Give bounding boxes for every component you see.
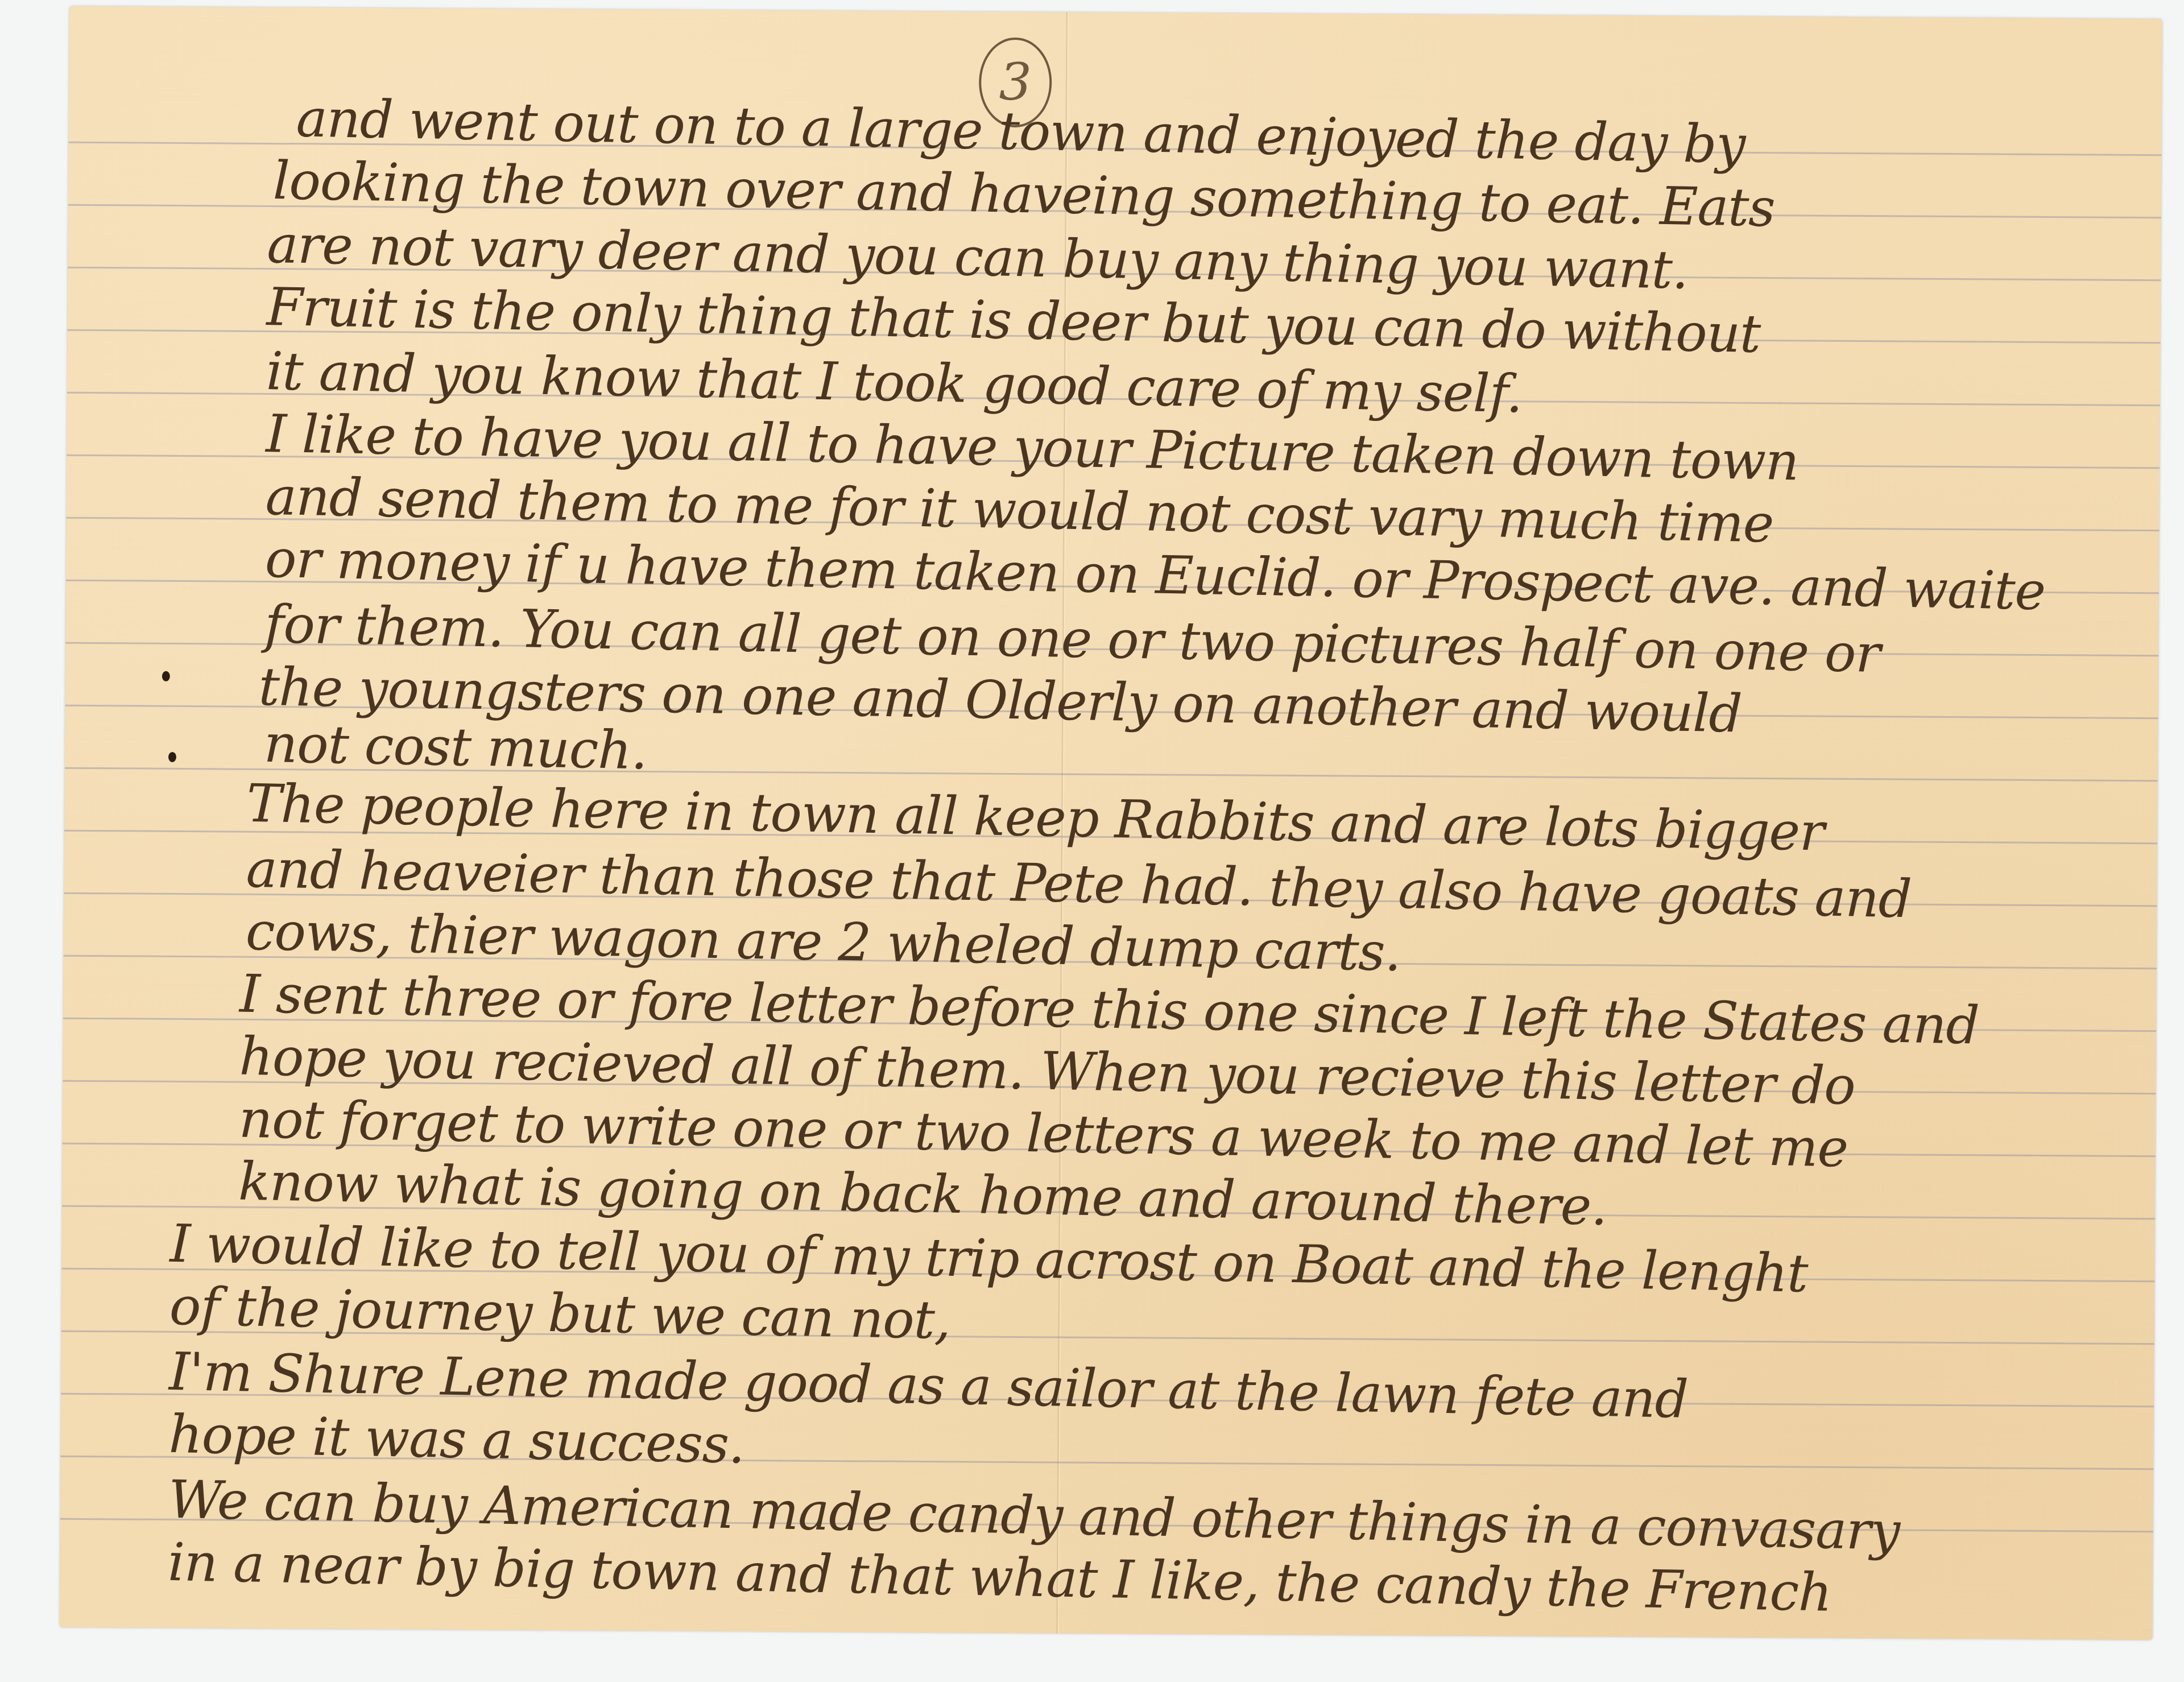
ink-blot <box>168 752 176 762</box>
letter-line: not cost much. <box>263 713 648 782</box>
ink-blot <box>162 671 170 681</box>
letter-line: hope it was a success. <box>168 1403 745 1477</box>
letter-page: 3 and went out on to a large town and en… <box>60 6 2162 1640</box>
letter-body: and went out on to a large town and enjo… <box>60 6 2162 1640</box>
